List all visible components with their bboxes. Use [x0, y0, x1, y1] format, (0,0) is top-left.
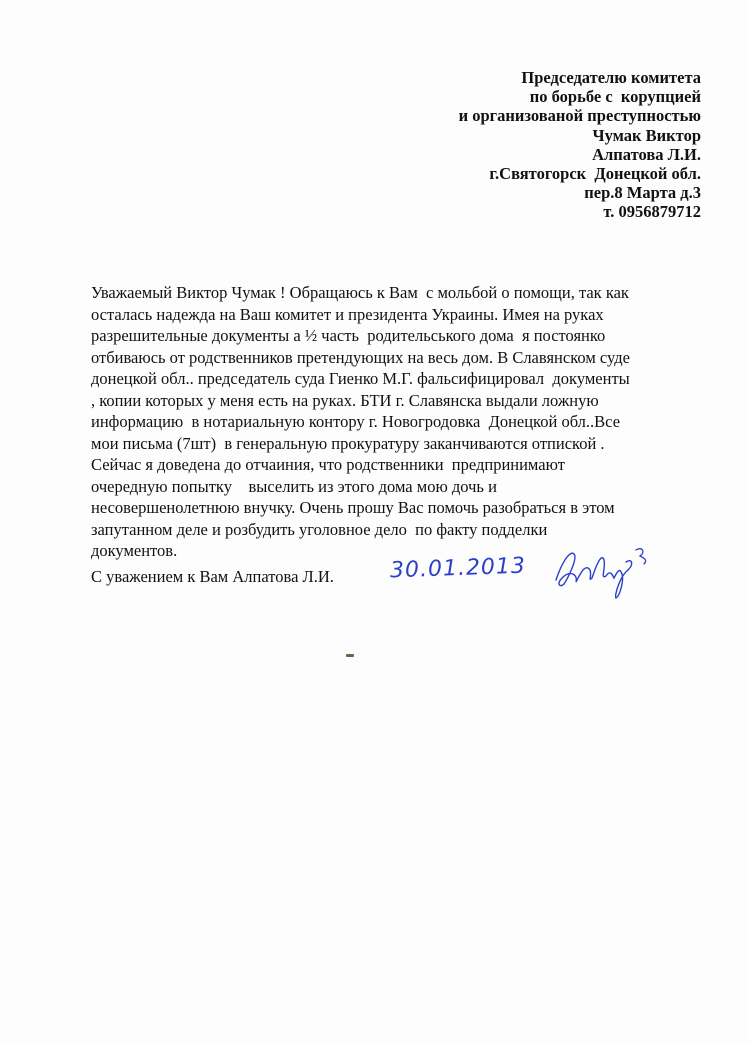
body-line: , копии которых у меня есть на руках. БТ…	[91, 390, 711, 412]
closing-line: С уважением к Вам Алпатова Л.И.	[91, 567, 334, 587]
addressee-line: и организованой преступностью	[459, 106, 701, 125]
sender-name: Алпатова Л.И.	[459, 145, 701, 164]
addressee-line: Чумак Виктор	[459, 126, 701, 145]
body-line: осталась надежда на Ваш комитет и презид…	[91, 304, 711, 326]
body-line: Сейчас я доведена до отчаиния, что родст…	[91, 454, 711, 476]
body-line: разрешительные документы а ½ часть родит…	[91, 325, 711, 347]
body-line: мои письма (7шт) в генеральную прокурату…	[91, 433, 711, 455]
body-line: запутанном деле и розбудить уголовное де…	[91, 519, 711, 541]
body-line: донецкой обл.. председатель суда Гиенко …	[91, 368, 711, 390]
body-line: несовершенолетнюю внучку. Очень прошу Ва…	[91, 497, 711, 519]
sender-street: пер.8 Марта д.3	[459, 183, 701, 202]
addressee-line: Председателю комитета	[459, 68, 701, 87]
addressee-block: Председателю комитета по борьбе с корупц…	[459, 68, 701, 222]
scan-artifact	[346, 654, 354, 657]
sender-phone: т. 0956879712	[459, 202, 701, 221]
body-line: отбиваюсь от родственников претендующих …	[91, 347, 711, 369]
signature-icon	[548, 540, 668, 600]
letter-body: Уважаемый Виктор Чумак ! Обращаюсь к Вам…	[91, 282, 711, 562]
scanned-letter-page: Председателю комитета по борьбе с корупц…	[0, 0, 750, 1045]
body-line: очередную попытку выселить из этого дома…	[91, 476, 711, 498]
handwritten-date: 30.01.2013	[390, 554, 527, 584]
body-line: Уважаемый Виктор Чумак ! Обращаюсь к Вам…	[91, 282, 711, 304]
body-line: информацию в нотариальную контору г. Нов…	[91, 411, 711, 433]
sender-city: г.Святогорск Донецкой обл.	[459, 164, 701, 183]
addressee-line: по борьбе с корупцией	[459, 87, 701, 106]
